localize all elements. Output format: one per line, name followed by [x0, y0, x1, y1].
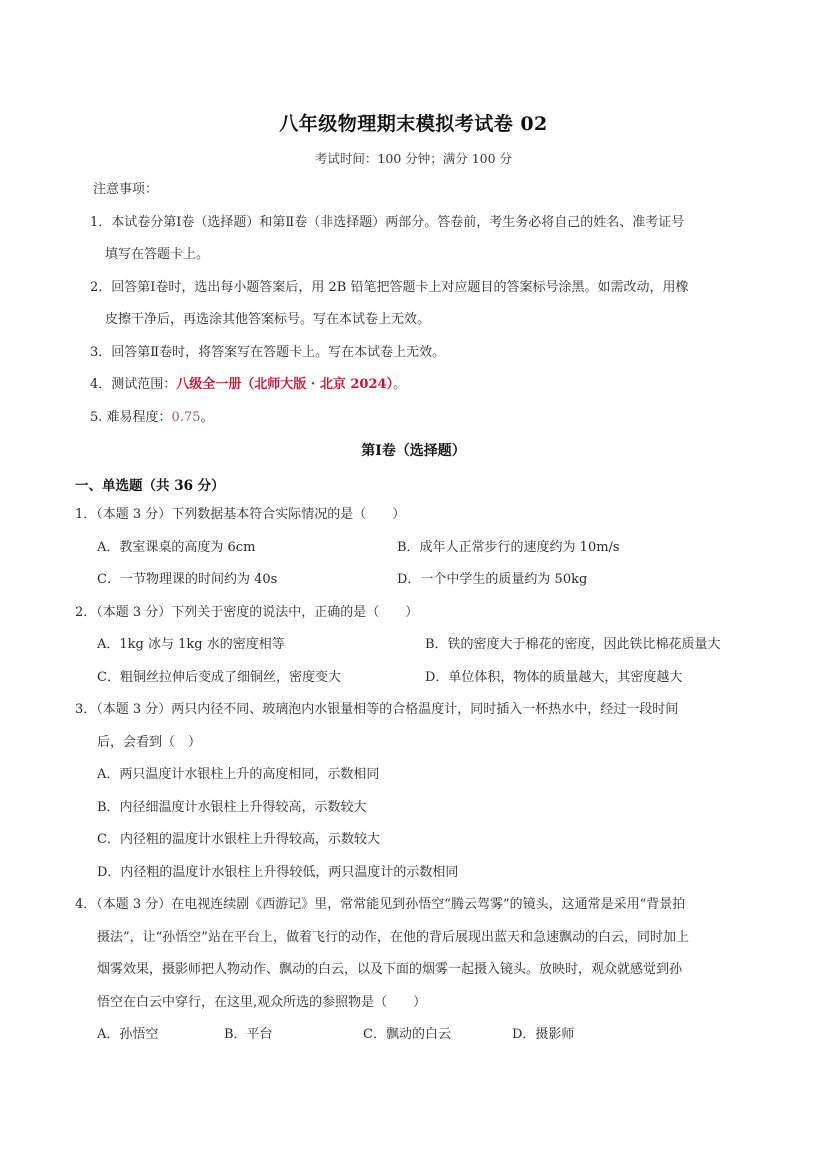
question-1-option-b: B．成年人正常步行的速度约为 10m/s [397, 539, 620, 557]
difficulty-value: 0.75 [172, 410, 201, 425]
note-4-suffix: 。 [393, 377, 406, 392]
question-4-stem-line-3: 烟雾效果，摄影师把人物动作、飘动的白云，以及下面的烟雾一起摄入镜头。放映时，观众… [97, 961, 682, 979]
question-4-stem-line-1: 4．（本题 3 分）在电视连续剧《西游记》里，常常能见到孙悟空“腾云驾雾”的镜头… [75, 896, 685, 914]
question-4-stem-line-2: 摄法”，让“孙悟空”站在平台上，做着飞行的动作，在他的背后展现出蓝天和急速飘动的… [97, 929, 689, 947]
question-4-option-a: A．孙悟空 [97, 1026, 158, 1044]
question-3-option-d: D．内径粗的温度计水银柱上升得较低，两只温度计的示数相同 [97, 864, 458, 882]
part-heading: 一、单选题（共 36 分） [75, 474, 225, 494]
document-title: 八年级物理期末模拟考试卷 02 [0, 109, 827, 136]
question-2-option-a: A．1kg 冰与 1kg 水的密度相等 [97, 636, 285, 654]
question-4-stem-line-4: 悟空在白云中穿行，在这里,观众所选的参照物是（ ） [97, 994, 426, 1012]
question-1-option-a: A．教室课桌的高度为 6cm [97, 539, 255, 557]
note-5-prefix: 5. 难易程度： [90, 410, 172, 425]
question-2-option-b: B．铁的密度大于棉花的密度，因此铁比棉花质量大 [425, 636, 721, 654]
exam-page: 八年级物理期末模拟考试卷 02 考试时间：100 分钟；满分 100 分 注意事… [0, 0, 827, 1169]
question-2-stem: 2．（本题 3 分）下列关于密度的说法中，正确的是（ ） [75, 604, 418, 622]
note-4-test-scope: 4．测试范围：八级全一册（北师大版 · 北京 2024）。 [90, 376, 406, 394]
note-4-prefix: 4．测试范围： [90, 377, 176, 392]
question-1-stem: 1．（本题 3 分）下列数据基本符合实际情况的是（ ） [75, 506, 405, 524]
note-2-line-1: 2．回答第Ⅰ卷时，选出每小题答案后，用 2B 铅笔把答题卡上对应题目的答案标号涂… [90, 279, 689, 297]
note-5-suffix: 。 [201, 410, 214, 425]
question-4-option-b: B．平台 [224, 1026, 273, 1044]
question-4-option-c: C．飘动的白云 [363, 1026, 451, 1044]
question-1-option-c: C．一节物理课的时间约为 40s [97, 571, 277, 589]
note-1-line-2: 填写在答题卡上。 [105, 246, 209, 264]
question-4-option-d: D．摄影师 [512, 1026, 574, 1044]
question-3-option-c: C．内径粗的温度计水银柱上升得较高，示数较大 [97, 831, 380, 849]
question-2-option-d: D．单位体积，物体的质量越大，其密度越大 [425, 669, 682, 687]
note-5-difficulty: 5. 难易程度：0.75。 [90, 409, 214, 427]
question-3-stem-line-2: 后，会看到（ ） [97, 734, 201, 752]
note-2-line-2: 皮擦干净后，再选涂其他答案标号。写在本试卷上无效。 [105, 311, 430, 329]
question-3-option-b: B．内径细温度计水银柱上升得较高，示数较大 [97, 799, 367, 817]
question-3-option-a: A．两只温度计水银柱上升的高度相同，示数相同 [97, 766, 379, 784]
exam-time-and-score: 考试时间：100 分钟；满分 100 分 [0, 149, 827, 167]
note-3: 3．回答第Ⅱ卷时，将答案写在答题卡上。写在本试卷上无效。 [90, 344, 445, 362]
question-1-option-d: D．一个中学生的质量约为 50kg [397, 571, 587, 589]
notes-heading: 注意事项： [93, 181, 158, 199]
question-3-stem-line-1: 3．（本题 3 分）两只内径不同、玻璃泡内水银量相等的合格温度计，同时插入一杯热… [75, 701, 678, 719]
question-2-option-c: C．粗铜丝拉伸后变成了细铜丝，密度变大 [97, 669, 341, 687]
test-scope-highlight: 八级全一册（北师大版 · 北京 2024） [176, 377, 393, 392]
section-title: 第Ⅰ卷（选择题） [0, 440, 827, 460]
note-1-line-1: 1．本试卷分第Ⅰ卷（选择题）和第Ⅱ卷（非选择题）两部分。答卷前，考生务必将自己的… [90, 214, 684, 232]
